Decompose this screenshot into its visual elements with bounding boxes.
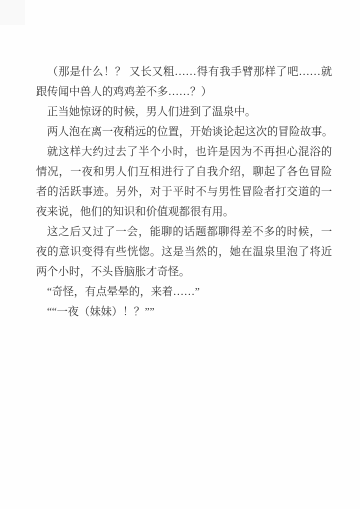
narration-paragraph-1: 正当她惊讶的时候，男人们进到了温泉中。 (36, 102, 332, 122)
narration-paragraph-3: 就这样大约过去了半个小时，也许是因为不再担心混浴的情况，一夜和男人们互相进行了自… (36, 142, 332, 222)
narration-paragraph-4: 这之后又过了一会，能聊的话题都聊得差不多的时候，一夜的意识变得有些恍惚。这是当然… (36, 222, 332, 282)
inner-thought-paragraph: （那是什么！？ 又长又粗……得有我手臂那样了吧……就跟传闻中兽人的鸡鸡差不多……… (36, 62, 332, 102)
page-corner-shade (0, 0, 25, 25)
page-text-content: （那是什么！？ 又长又粗……得有我手臂那样了吧……就跟传闻中兽人的鸡鸡差不多……… (0, 0, 360, 322)
dialogue-paragraph-1: “奇怪，有点晕晕的，来着……” (36, 282, 332, 302)
reader-page[interactable]: （那是什么！？ 又长又粗……得有我手臂那样了吧……就跟传闻中兽人的鸡鸡差不多……… (0, 0, 360, 509)
dialogue-paragraph-2: ““一夜（妹妹）！？”” (36, 302, 332, 322)
narration-paragraph-2: 两人泡在离一夜稍远的位置，开始谈论起这次的冒险故事。 (36, 122, 332, 142)
